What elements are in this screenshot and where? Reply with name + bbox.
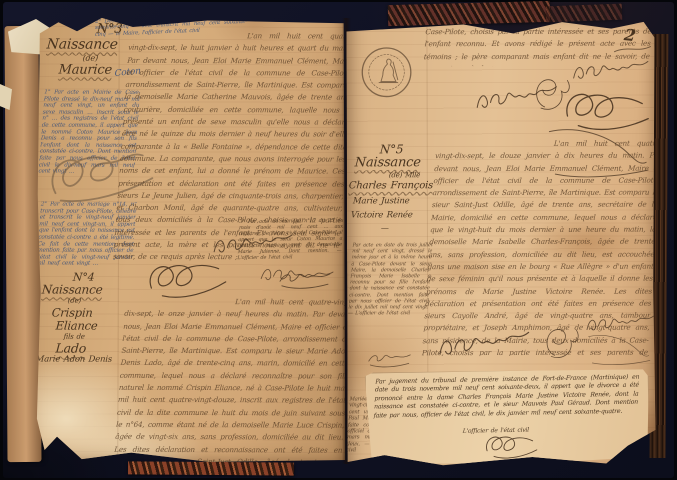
signature [363,350,417,370]
act5-name-2: Marie Justine [353,196,410,206]
act4-type: Naissance [41,282,103,296]
folio-underline-flourish [612,44,652,54]
act5-dash: — [381,223,389,232]
signature [570,55,654,85]
act4-of: (de) [67,297,81,305]
signature-swash [583,332,655,368]
marbled-endpaper-top-right [546,4,623,23]
act4-body: L'an mil huit cent quatre-vingt-dix-sept… [113,296,353,463]
act3-of: (de) [82,54,98,63]
right-page: Case-Pilote, choisis par la partie intér… [346,20,655,467]
signature-paraph [543,318,583,370]
act5-type: Naissance [354,155,421,170]
marbled-endpaper-top [388,1,550,26]
left-page: 2° Décédé à Bellefontaine le dix février… [35,15,347,464]
act4-filiation: fils de [63,333,85,341]
divorce-mention-slip: Par jugement du tribunal de première ins… [365,367,651,466]
act3-number: N°3 [96,22,123,37]
act5-of: (de) Mlle [389,171,421,179]
act3-type: Naissance [46,36,118,52]
signature [259,258,337,292]
act3-name: Maurice [58,63,112,78]
act5-name-1: Charles François [348,180,433,191]
act4-name-1: Crispin [51,306,93,320]
act5-margin-note-1: Par acte en date du trois juillet mil ne… [346,242,433,350]
act4-name-3: Lado [55,341,87,356]
act5-number: N°5 [379,142,403,156]
divorce-note-text: Par jugement du tribunal de première ins… [373,374,640,431]
act4-name-2: Eliance [55,319,98,333]
register-scan: 2° Décédé à Bellefontaine le dix février… [0,0,677,480]
round-stamp-icon [358,44,414,100]
marbled-endpaper-bottom [128,461,294,475]
act4-name-4: Marie Adon Denis [35,354,112,364]
act5-name-3: Victoire Renée [351,210,413,220]
